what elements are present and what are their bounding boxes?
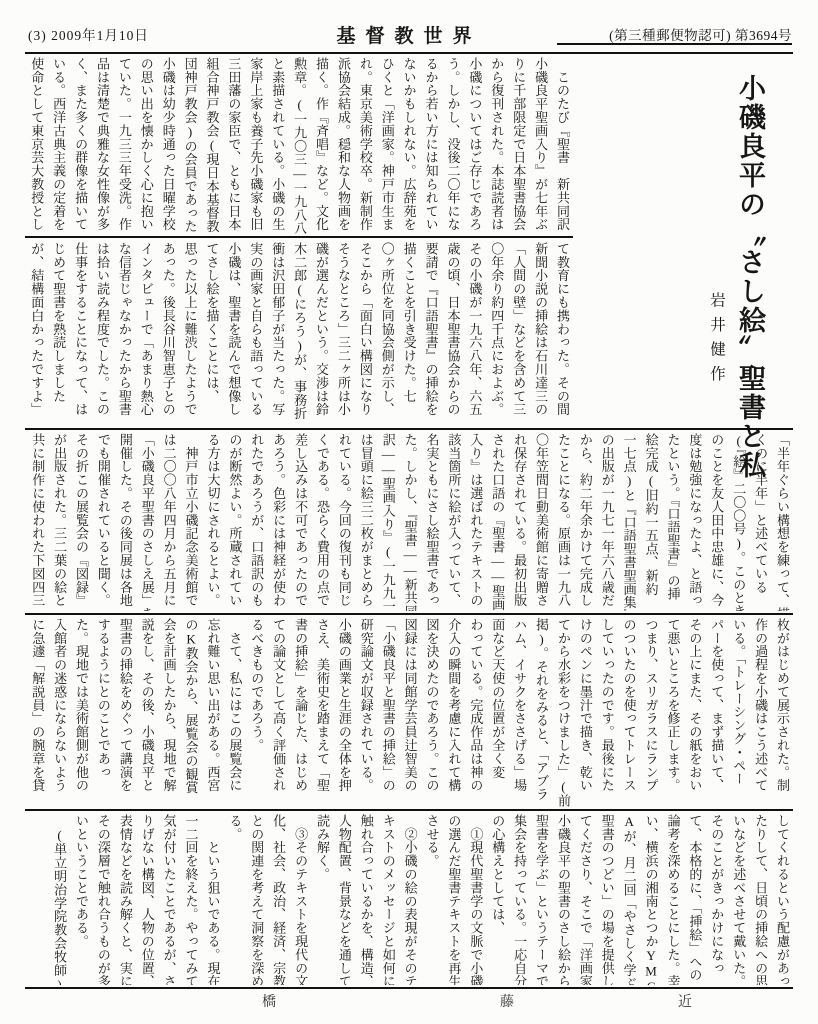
section-divider-rule-2 <box>25 613 793 615</box>
article-text-band-2: 「半年ぐらい構想を練って、描 くのに半年」と述べている (『絵』二〇〇号)。この… <box>25 433 793 611</box>
header-divider-rule <box>25 52 793 54</box>
section-divider-rule-3 <box>25 809 793 811</box>
band-1-divider-rule <box>25 236 573 238</box>
clipped-text-fragment: 近 <box>678 991 692 1011</box>
bottom-rule <box>25 987 793 989</box>
article-text-band-1-lower: て教育にも携わった。その間 新聞小説の挿絵は石川達三の 「人間の壁」などを含めて… <box>25 242 573 426</box>
article-title: 小磯良平の〝さし絵〟聖書と私 <box>734 74 766 480</box>
permit-and-issue-number: (第三種郵便物認可) 第3694号 <box>609 24 792 44</box>
section-divider-rule-1 <box>25 428 793 430</box>
article-text-band-1-upper: このたび『聖書 新共同訳 小磯良平聖画入り』が七年ぶ りに千部限定で日本聖書協会… <box>25 57 573 234</box>
article-author: 岩井健作 <box>708 292 725 390</box>
clipped-text-fragment: 藤 <box>500 991 514 1011</box>
clipped-text-fragment: 橋 <box>262 991 276 1011</box>
header-right-rule <box>557 43 792 45</box>
newspaper-page: (3) 2009年1月10日 基督教世界 (第三種郵便物認可) 第3694号 小… <box>0 0 818 1024</box>
article-text-band-4: してくれるという配慮があっ たりして、日頃の挿絵への思 いなどを述べさせて戴いた… <box>25 814 793 985</box>
article-text-band-3: 枚がはじめて展示された。制 作の過程を小磯はこう述べて いる。「トレーシング・ペ… <box>25 618 793 807</box>
